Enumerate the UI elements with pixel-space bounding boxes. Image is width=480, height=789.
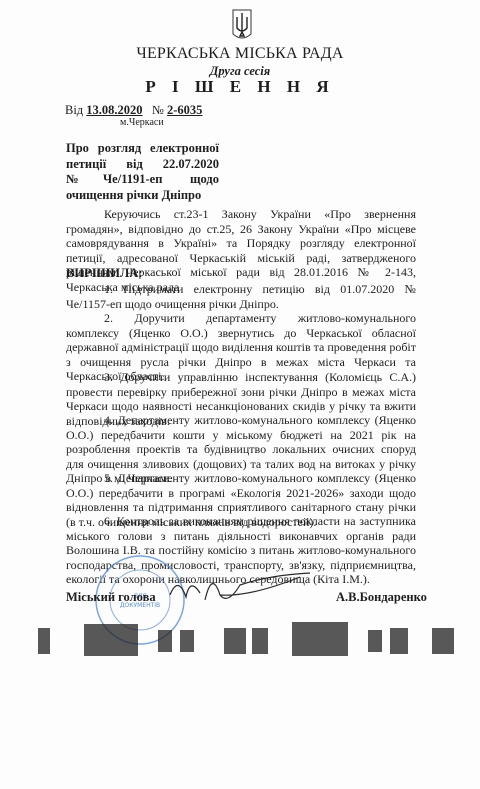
council-name: ЧЕРКАСЬКА МІСЬКА РАДА xyxy=(0,45,480,63)
document-type: Р І Ш Е Н Н Я xyxy=(0,77,480,97)
scan-noise-strip xyxy=(0,620,480,660)
decision-number: 2-6035 xyxy=(167,103,202,117)
date-line: Від 13.08.2020 № 2-6035 xyxy=(65,103,202,118)
decision-date: 13.08.2020 xyxy=(86,103,142,117)
city-label: м.Черкаси xyxy=(120,117,164,128)
number-prefix: № xyxy=(152,103,164,117)
item-1: 1. Підтримати електронну петицію від 01.… xyxy=(66,282,416,311)
handwritten-signature xyxy=(150,565,320,615)
signatory-name: А.В.Бондаренко xyxy=(336,590,427,605)
decision-subject: Про розгляд електронної петиції від 22.0… xyxy=(66,141,219,203)
resolved-label: ВИРІШИЛА: xyxy=(66,266,143,281)
signatory-position: Міський голова xyxy=(66,590,156,605)
date-prefix: Від xyxy=(65,103,83,117)
trident-emblem-icon xyxy=(231,8,253,44)
